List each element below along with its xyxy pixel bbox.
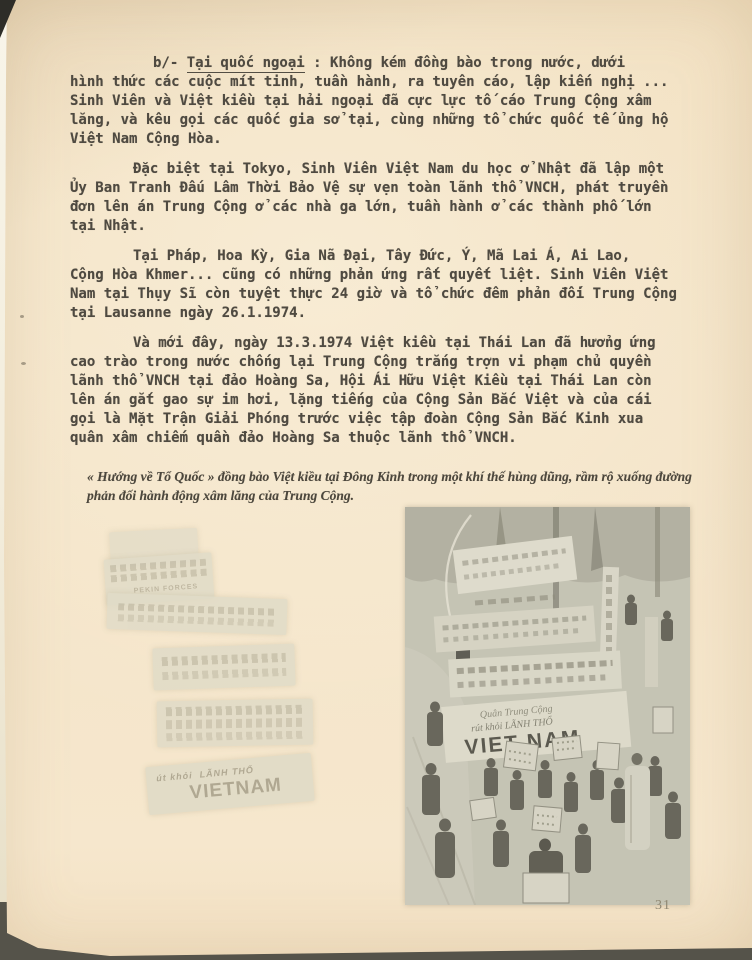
photo-left-banner-closeups: PEKIN FORCES út khỏi LÃNH THỔ VIETNAM [95,524,400,816]
paragraph-line: Ủy Ban Tranh Đấu Lâm Thời Bảo Vệ sự vẹn … [70,179,720,198]
paragraph-line: hình thức các cuộc mít tinh, tuần hành, … [70,73,720,92]
paragraph-line: Việt Nam Cộng Hòa. [70,130,720,149]
paragraph-line: tại Nhật. [70,217,720,236]
body-paragraph-2: Đặc biệt tại Tokyo, Sinh Viên Việt Nam d… [70,160,720,236]
body-paragraph-4: Và mới đây, ngày 13.3.1974 Việt kiều tại… [70,334,720,448]
page-number: 31 [655,898,671,914]
body-paragraph-1: b/- Tại quốc ngoại : Không kém đồng bào … [70,54,720,149]
photo-caption: « Hướng về Tổ Quốc » đồng bào Việt kiều … [87,467,712,505]
section-heading-underlined: Tại quốc ngoại [187,55,305,73]
paragraph-line: Và mới đây, ngày 13.3.1974 Việt kiều tại… [70,334,720,353]
paragraph-text: : Không kém đồng bào trong nước, dưới [305,55,625,71]
banner-strip-4 [152,644,295,691]
body-paragraph-3: Tại Pháp, Hoa Kỳ, Gia Nã Đại, Tây Đức, Ý… [70,247,720,323]
caption-line: phản đối hành động xâm lăng của Trung Cộ… [87,486,712,505]
photo-right-protest-march: Quân Trung Cộng rút khỏi LÃNH THỔ VIET N… [405,507,690,905]
paragraph-line: đơn lên án Trung Cộng ở các nhà ga lớn, … [70,198,720,217]
paragraph-line: quân xâm chiếm quần đảo Hoàng Sa thuộc l… [70,429,720,448]
caption-line: « Hướng về Tổ Quốc » đồng bào Việt kiều … [87,467,712,486]
list-marker: b/- [153,55,187,71]
protest-march-illustration: Quân Trung Cộng rút khỏi LÃNH THỔ VIET N… [405,507,690,905]
banner-strip-6-vietnam: út khỏi LÃNH THỔ VIETNAM [145,753,315,815]
paragraph-line: Tại Pháp, Hoa Kỳ, Gia Nã Đại, Tây Đức, Ý… [70,247,720,266]
paragraph-line: Cộng Hòa Khmer... cũng có những phản ứng… [70,266,720,285]
banner-text-pekin-forces: PEKIN FORCES [134,583,199,594]
document-page: b/- Tại quốc ngoại : Không kém đồng bào … [0,0,752,960]
paragraph-line: cao trào trong nước chống lại Trung Cộng… [70,353,720,372]
paragraph-line: gọi là Mặt Trận Giải Phóng trước việc tậ… [70,410,720,429]
paragraph-line: Sinh Viên và Việt kiều tại hải ngoại đã … [70,92,720,111]
paragraph-line: b/- Tại quốc ngoại : Không kém đồng bào … [70,54,720,73]
ink-speck [21,362,26,365]
body-text: b/- Tại quốc ngoại : Không kém đồng bào … [70,54,720,459]
paragraph-line: lên án gắt gao sự im hơi, lặng tiếng của… [70,391,720,410]
banner-strip-3 [106,593,287,635]
ink-speck [20,315,24,318]
scanned-document: b/- Tại quốc ngoại : Không kém đồng bào … [0,0,752,960]
banner-strip-5 [157,699,314,748]
paragraph-line: tại Lausanne ngày 26.1.1974. [70,304,720,323]
paragraph-line: lãnh thổ VNCH tại đảo Hoàng Sa, Hội Ái H… [70,372,720,391]
paragraph-line: Nam tại Thụy Sĩ còn tuyệt thực 24 giờ và… [70,285,720,304]
paragraph-line: Đặc biệt tại Tokyo, Sinh Viên Việt Nam d… [70,160,720,179]
paragraph-line: lăng, và kêu gọi các quốc gia sở tại, cù… [70,111,720,130]
